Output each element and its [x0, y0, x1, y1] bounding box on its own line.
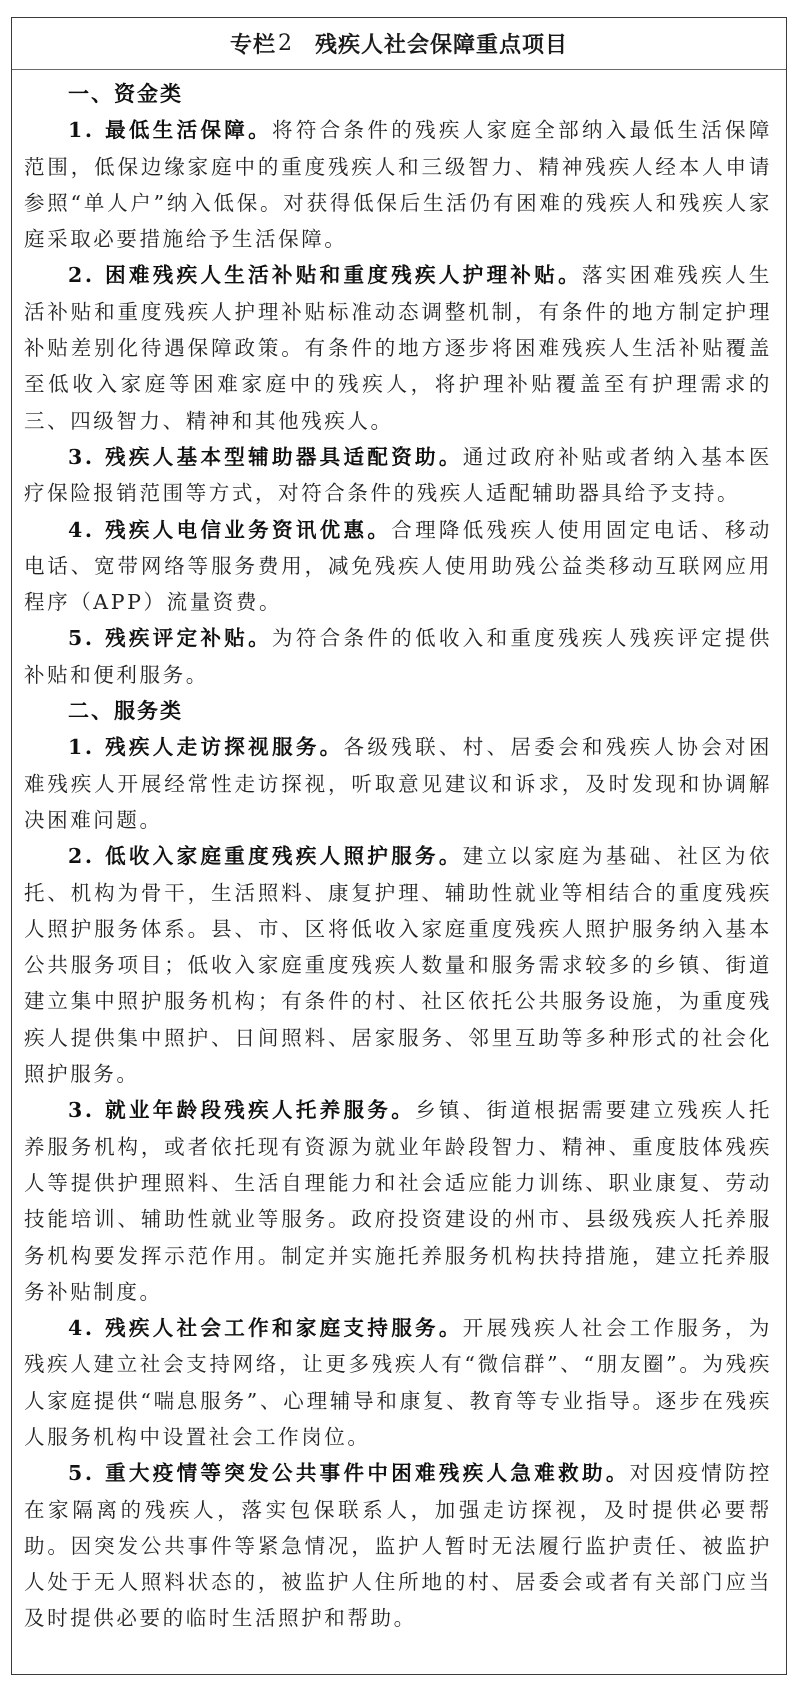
- item-text: 乡镇、街道根据需要建立残疾人托养服务机构，或者依托现有资源为就业年龄段智力、精神…: [24, 1098, 772, 1303]
- item-lead: 3. 就业年龄段残疾人托养服务。: [68, 1098, 415, 1122]
- item-text: 建立以家庭为基础、社区为依托、机构为骨干，生活照料、康复护理、辅助性就业等相结合…: [24, 844, 772, 1086]
- item-lead: 5. 残疾评定补贴。: [68, 626, 272, 650]
- list-item: 1. 残疾人走访探视服务。各级残联、村、居委会和残疾人协会对困难残疾人开展经常性…: [24, 729, 772, 838]
- section-heading-services: 二、服务类: [24, 693, 772, 729]
- list-item: 1. 最低生活保障。将符合条件的残疾人家庭全部纳入最低生活保障范围，低保边缘家庭…: [24, 112, 772, 257]
- list-item: 3. 残疾人基本型辅助器具适配资助。通过政府补贴或者纳入基本医疗保险报销范围等方…: [24, 439, 772, 512]
- list-item: 5. 重大疫情等突发公共事件中困难残疾人急难救助。对因疫情防控在家隔离的残疾人，…: [24, 1455, 772, 1636]
- item-lead: 3. 残疾人基本型辅助器具适配资助。: [68, 445, 463, 469]
- list-item: 5. 残疾评定补贴。为符合条件的低收入和重度残疾人残疾评定提供补贴和便利服务。: [24, 620, 772, 693]
- item-lead: 1. 残疾人走访探视服务。: [68, 735, 344, 759]
- item-text: 对因疫情防控在家隔离的残疾人，落实包保联系人，加强走访探视，及时提供必要帮助。因…: [24, 1461, 772, 1630]
- item-lead: 4. 残疾人社会工作和家庭支持服务。: [68, 1316, 463, 1340]
- list-item: 2. 困难残疾人生活补贴和重度残疾人护理补贴。落实困难残疾人生活补贴和重度残疾人…: [24, 257, 772, 438]
- title-number: 2: [278, 31, 293, 56]
- section-heading-funding: 一、资金类: [24, 76, 772, 112]
- item-lead: 1. 最低生活保障。: [68, 118, 272, 142]
- item-lead: 2. 低收入家庭重度残疾人照护服务。: [68, 844, 463, 868]
- list-item: 4. 残疾人电信业务资讯优惠。合理降低残疾人使用固定电话、移动电话、宽带网络等服…: [24, 512, 772, 621]
- item-lead: 5. 重大疫情等突发公共事件中困难残疾人急难救助。: [68, 1461, 630, 1485]
- title-prefix: 专栏: [230, 28, 276, 59]
- item-lead: 4. 残疾人电信业务资讯优惠。: [68, 518, 391, 542]
- page-title: 残疾人社会保障重点项目: [315, 28, 568, 59]
- feature-box: 专栏 2 残疾人社会保障重点项目 一、资金类 1. 最低生活保障。将符合条件的残…: [11, 17, 787, 1675]
- box-header: 专栏 2 残疾人社会保障重点项目: [12, 18, 786, 70]
- box-content: 一、资金类 1. 最低生活保障。将符合条件的残疾人家庭全部纳入最低生活保障范围，…: [12, 70, 786, 1637]
- item-lead: 2. 困难残疾人生活补贴和重度残疾人护理补贴。: [68, 263, 582, 287]
- list-item: 4. 残疾人社会工作和家庭支持服务。开展残疾人社会工作服务，为残疾人建立社会支持…: [24, 1310, 772, 1455]
- list-item: 2. 低收入家庭重度残疾人照护服务。建立以家庭为基础、社区为依托、机构为骨干，生…: [24, 838, 772, 1092]
- item-text: 落实困难残疾人生活补贴和重度残疾人护理补贴标准动态调整机制，有条件的地方制定护理…: [24, 263, 772, 432]
- list-item: 3. 就业年龄段残疾人托养服务。乡镇、街道根据需要建立残疾人托养服务机构，或者依…: [24, 1092, 772, 1310]
